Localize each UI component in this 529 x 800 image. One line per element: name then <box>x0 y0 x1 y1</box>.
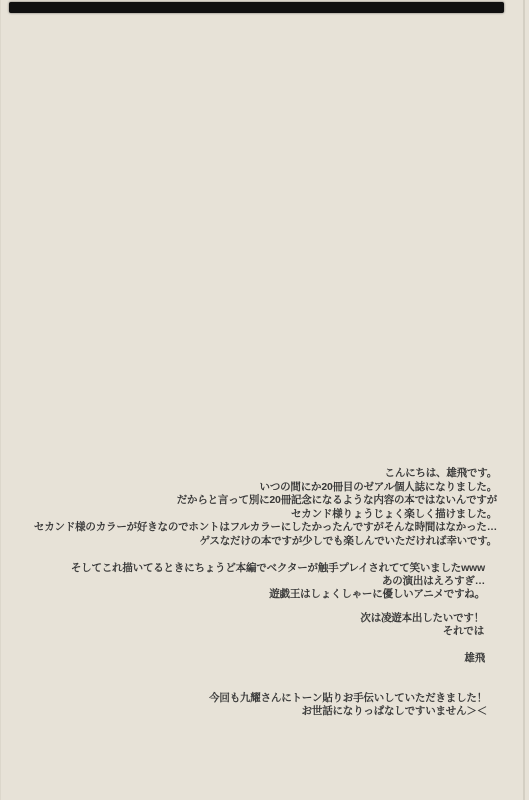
text-line: セカンド様のカラーが好きなのでホントはフルカラーにしたかったんですがそんな時間は… <box>0 521 497 535</box>
page-left-edge-line <box>0 0 1 800</box>
text-line: 今回も九耀さんにトーン貼りお手伝いしていただきました！ <box>0 692 487 705</box>
text-line: 遊戯王はしょくしゃーに優しいアニメですね。 <box>0 588 485 601</box>
text-line: 次は凌遊本出したいです！ <box>0 612 484 625</box>
text-line: それでは <box>0 625 484 638</box>
scanned-afterword-page: こんにちは、雄飛です。 いつの間にか20冊目のゼアル個人誌になりました。 だから… <box>0 0 529 800</box>
text-line: そしてこれ描いてるときにちょうど本編でベクターが触手プレイされてて笑いましたww… <box>0 562 485 575</box>
afterword-closing-block: 次は凌遊本出したいです！ それでは <box>0 612 484 638</box>
text-line: いつの間にか20冊目のゼアル個人誌になりました。 <box>0 481 497 495</box>
text-line: セカンド様りょうじょく楽しく描けました。 <box>0 508 497 522</box>
text-line: だからと言って別に20冊記念になるような内容の本ではないんですが <box>0 494 497 508</box>
text-line: こんにちは、雄飛です。 <box>0 467 497 481</box>
text-line: お世話になりっぱなしですいません＞＜ <box>0 705 487 718</box>
text-line: ゲスなだけの本ですが少しでも楽しんでいただければ幸いです。 <box>0 535 497 549</box>
signature-text: 雄飛 <box>0 652 485 666</box>
author-signature: 雄飛 <box>0 652 485 666</box>
afterword-thanks-block: 今回も九耀さんにトーン貼りお手伝いしていただきました！ お世話になりっぱなしです… <box>0 692 487 719</box>
page-right-edge-line <box>523 0 525 800</box>
afterword-greeting-block: こんにちは、雄飛です。 いつの間にか20冊目のゼアル個人誌になりました。 だから… <box>0 467 497 549</box>
text-line: あの演出はえろすぎ… <box>0 575 485 588</box>
scan-edge-bar <box>9 2 504 13</box>
afterword-vector-block: そしてこれ描いてるときにちょうど本編でベクターが触手プレイされてて笑いましたww… <box>0 562 485 602</box>
